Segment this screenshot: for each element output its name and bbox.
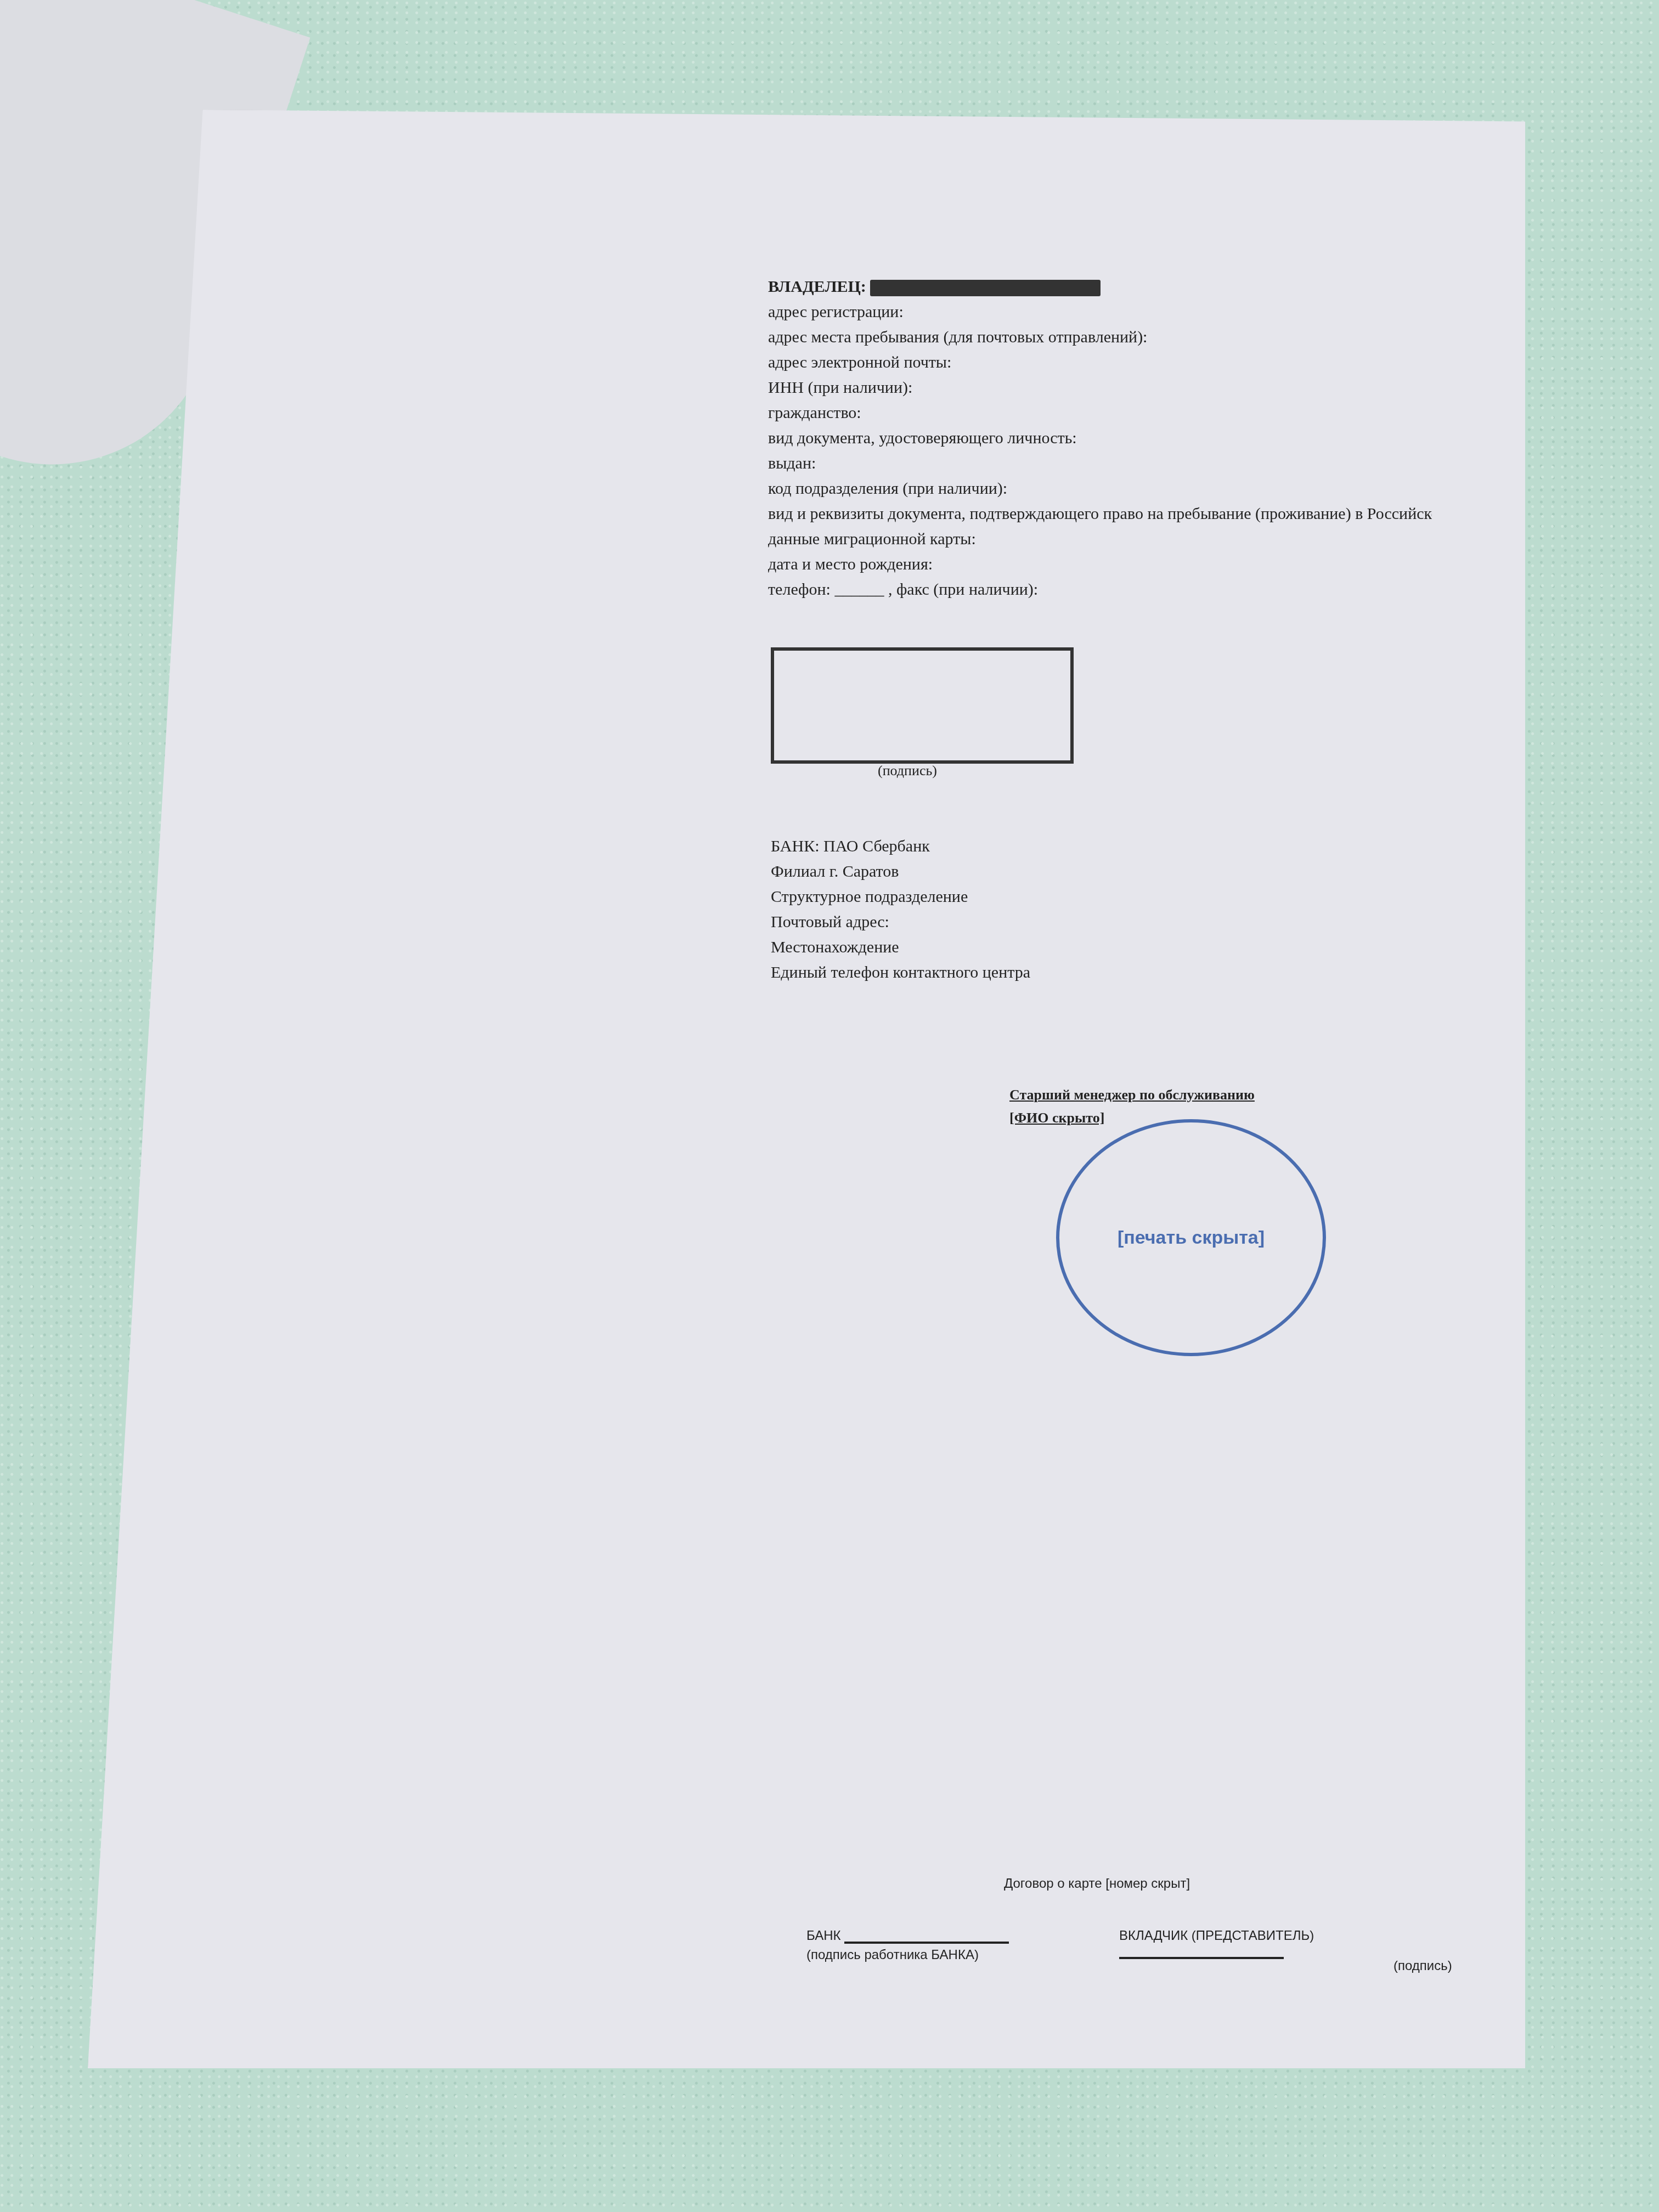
signature-box [771,647,1074,764]
bank-row: Почтовый адрес: [771,910,1030,935]
bank-signature-line [844,1942,1009,1944]
owner-block: ВЛАДЕЛЕЦ: адрес регистрации: адрес места… [768,274,1432,602]
signature-caption: (подпись) [878,763,937,779]
bank-row: БАНК: ПАО Сбербанк [771,834,1030,859]
owner-row: вид и реквизиты документа, подтверждающе… [768,501,1432,527]
contract-label: Договор о карте [номер скрыт] [1004,1876,1190,1892]
depositor-label: ВКЛАДЧИК (ПРЕДСТАВИТЕЛЬ) [1119,1928,1314,1943]
bank-label: БАНК [806,1928,841,1943]
owner-row: вид документа, удостоверяющего личность: [768,426,1432,451]
owner-row: дата и место рождения: [768,552,1432,577]
bank-block: БАНК: ПАО Сбербанк Филиал г. Саратов Стр… [771,834,1030,985]
depositor-signature-line [1119,1957,1284,1959]
depositor-caption: (подпись) [1393,1959,1452,1974]
bank-caption: (подпись работника БАНКА) [806,1948,979,1963]
bank-row: Единый телефон контактного центра [771,960,1030,985]
owner-row: ИНН (при наличии): [768,375,1432,400]
seal-placeholder: [печать скрыта] [1056,1119,1326,1356]
bank-row: Местонахождение [771,935,1030,960]
redacted-field [870,280,1101,296]
manager-title: Старший менеджер по обслуживанию [1009,1084,1255,1107]
owner-row: выдан: [768,451,1432,476]
owner-row: телефон: ______ , факс (при наличии): [768,577,1432,602]
owner-heading: ВЛАДЕЛЕЦ: [768,278,866,296]
owner-row: данные миграционной карты: [768,527,1432,552]
owner-row: гражданство: [768,400,1432,426]
bank-row: Структурное подразделение [771,884,1030,910]
bank-row: Филиал г. Саратов [771,859,1030,884]
owner-row: адрес регистрации: [768,300,1432,325]
owner-row: код подразделения (при наличии): [768,476,1432,501]
owner-row: адрес электронной почты: [768,350,1432,375]
seal-label: [печать скрыта] [1118,1227,1265,1249]
owner-row: адрес места пребывания (для почтовых отп… [768,325,1432,350]
